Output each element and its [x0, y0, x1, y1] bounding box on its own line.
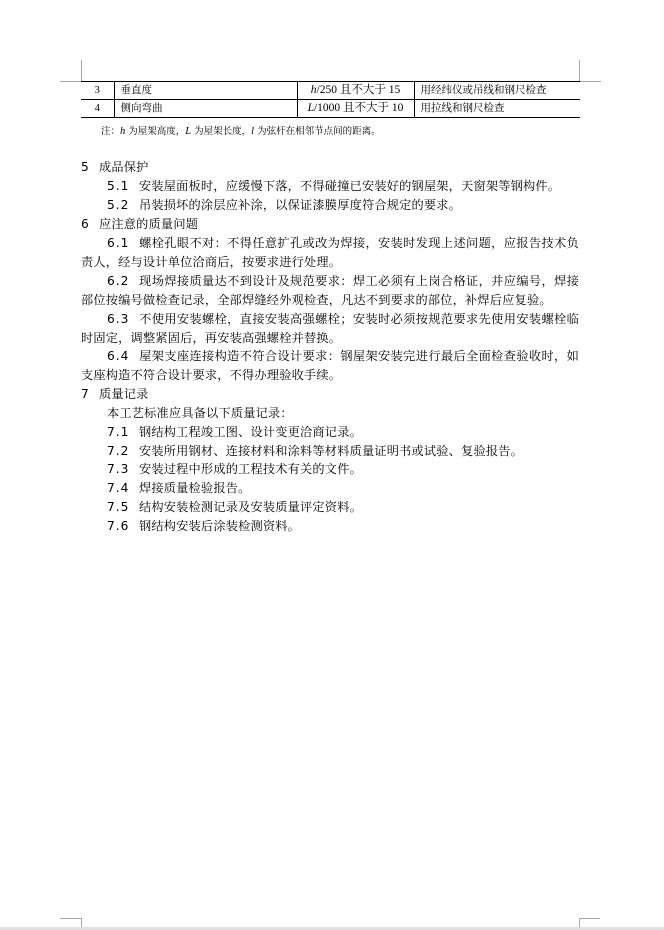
check-item: 垂直度: [114, 82, 297, 100]
document-page: 3 垂直度 h/250 且不大于 15 用经纬仪或吊线和钢尺检查 4 侧向弯曲 …: [0, 0, 664, 930]
list-item: 7.1钢结构工程竣工图、设计变更洽商记录。: [107, 423, 362, 442]
table-row: 3 垂直度 h/250 且不大于 15 用经纬仪或吊线和钢尺检查: [81, 82, 580, 100]
list-item: 7.3安装过程中形成的工程技术有关的文件。: [107, 460, 362, 479]
section-heading: 6应注意的质量问题: [81, 215, 198, 234]
list-item: 7.2安装所用钢材、连接材料和涂料等材料质量证明书或试验、复验报告。: [107, 442, 523, 461]
tolerance-table: 3 垂直度 h/250 且不大于 15 用经纬仪或吊线和钢尺检查 4 侧向弯曲 …: [81, 81, 580, 118]
row-number: 4: [81, 100, 114, 118]
list-item: 6.1螺栓孔眼不对：不得任意扩孔或改为焊接，安装时发现上述问题，应报告技术负: [107, 234, 579, 253]
check-method: 用经纬仪或吊线和钢尺检查: [414, 82, 580, 100]
tolerance-value: L/1000 且不大于 10: [297, 100, 414, 118]
table-note: 注：h 为屋架高度，L 为屋架长度，l 为弦杆在相邻节点间的距离。: [101, 123, 381, 137]
crop-mark-top-right-v: [579, 60, 580, 81]
list-item: 7.6钢结构安装后涂装检测资料。: [107, 517, 300, 536]
table-row: 4 侧向弯曲 L/1000 且不大于 10 用拉线和钢尺检查: [81, 100, 580, 118]
list-item: 5.1安装屋面板时，应缓慢下落，不得碰撞已安装好的钢屋架，天窗架等钢构件。: [107, 177, 560, 196]
row-number: 3: [81, 82, 114, 100]
section-heading: 7质量记录: [81, 385, 149, 404]
list-item-continuation: 时固定，调整紧固后，再安装高强螺栓并替换。: [81, 329, 341, 348]
list-item: 5.2吊装损坏的涂层应补涂，以保证漆膜厚度符合规定的要求。: [107, 196, 461, 215]
list-item-continuation: 责人，经与设计单位洽商后，按要求进行处理。: [81, 253, 341, 272]
list-item-continuation: 部位按编号做检查记录，全部焊缝经外观检查，凡达不到要求的部位，补焊后应复验。: [81, 291, 552, 310]
check-method: 用拉线和钢尺检查: [414, 100, 580, 118]
crop-mark-bottom-right-h: [579, 918, 600, 919]
crop-mark-top-right-h: [580, 81, 601, 82]
crop-mark-top-left-h: [60, 81, 81, 82]
list-item: 7.5结构安装检测记录及安装质量评定资料。: [107, 498, 362, 517]
list-item: 6.3不使用安装螺栓，直接安装高强螺栓；安装时必须按规范要求先使用安装螺栓临: [107, 310, 579, 329]
crop-mark-top-left-v: [81, 60, 82, 81]
list-item: 7.4焊接质量检验报告。: [107, 479, 251, 498]
crop-mark-bottom-left-h: [60, 918, 81, 919]
section-heading: 5成品保护: [81, 158, 149, 177]
list-item-continuation: 支座构造不符合设计要求，不得办理验收手续。: [81, 366, 341, 385]
list-item: 6.4屋架支座连接构造不符合设计要求：钢屋架安装完进行最后全面检查验收时，如: [107, 347, 579, 366]
list-item: 6.2现场焊接质量达不到设计及规范要求：焊工必须有上岗合格证，并应编号，焊接: [107, 272, 579, 291]
section-intro: 本工艺标准应具备以下质量记录：: [107, 404, 293, 423]
check-item: 侧向弯曲: [114, 100, 297, 118]
tolerance-value: h/250 且不大于 15: [297, 82, 414, 100]
